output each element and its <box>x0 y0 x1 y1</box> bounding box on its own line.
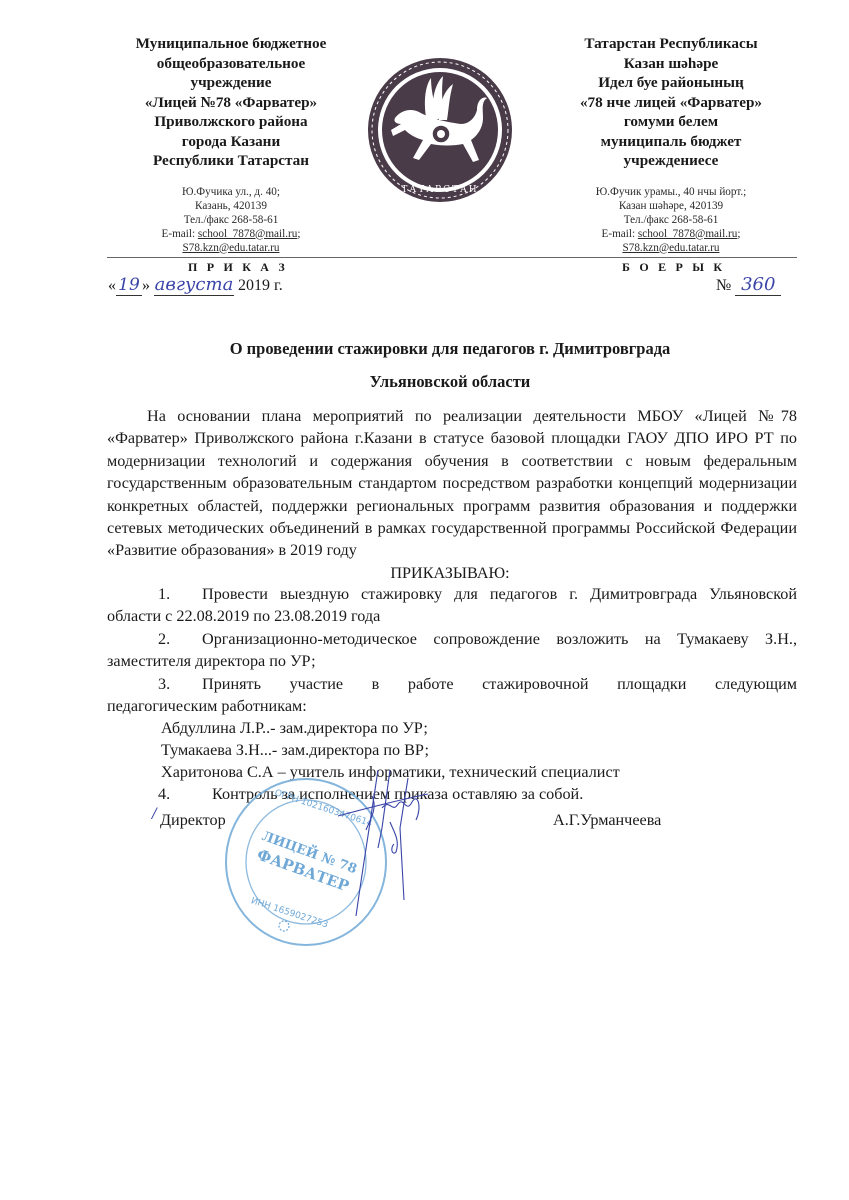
org-name-tatar: Татарстан Республикасы Казан шәһәре Идел… <box>540 34 802 171</box>
phone-line: Тел./факс 268-58-61 <box>540 213 802 227</box>
org-name-line: муниципаль бюджет <box>540 132 802 152</box>
org-name-line: «78 нче лицей «Фарватер» <box>540 93 802 113</box>
email-line: E-mail: school_7878@mail.ru; <box>540 227 802 241</box>
item-3-continued: педагогическим работникам: <box>107 697 307 716</box>
item-number: 4. <box>158 785 170 804</box>
email-prefix: E-mail: <box>602 228 638 240</box>
quote-close: » <box>142 277 150 294</box>
order-number: № 360 <box>716 274 781 296</box>
signatory-name: А.Г.Урманчеева <box>553 811 661 830</box>
item-1-text: Провести выездную стажировку для педагог… <box>202 585 797 604</box>
header-right-tatar: Татарстан Республикасы Казан шәһәре Идел… <box>540 34 802 255</box>
date-year: 2019 г. <box>238 277 283 294</box>
address-line: Казань, 420139 <box>100 199 362 213</box>
item-number: 3. <box>158 675 170 694</box>
order-number-handwritten: 360 <box>735 274 781 296</box>
org-name-line: Приволжского района <box>100 112 362 132</box>
email-link[interactable]: S78.kzn@edu.tatar.ru <box>623 242 720 254</box>
org-name-line: учреждение <box>100 73 362 93</box>
document-title-continued: Ульяновской области <box>100 372 800 392</box>
org-name-russian: Муниципальное бюджетное общеобразователь… <box>100 34 362 171</box>
participant: Абдуллина Л.Р..- зам.директора по УР; <box>161 719 428 738</box>
directive-heading: ПРИКАЗЫВАЮ: <box>100 564 800 583</box>
order-label-russian: П Р И К А З <box>188 260 288 275</box>
email-separator: ; <box>737 228 740 240</box>
org-address-russian: Ю.Фучика ул., д. 40; Казань, 420139 Тел.… <box>100 185 362 255</box>
org-name-line: «Лицей №78 «Фарватер» <box>100 93 362 113</box>
org-name-line: гомуми белем <box>540 112 802 132</box>
email-link[interactable]: S78.kzn@edu.tatar.ru <box>183 242 280 254</box>
org-name-line: города Казани <box>100 132 362 152</box>
order-label-tatar: Б О Е Р Ы К <box>622 260 725 275</box>
participant: Тумакаева З.Н...- зам.директора по ВР; <box>161 741 429 760</box>
email-line: E-mail: school_7878@mail.ru; <box>100 227 362 241</box>
order-date: «19» августа 2019 г. <box>108 274 283 296</box>
date-day-handwritten: 19 <box>116 275 142 296</box>
org-name-line: Казан шәһәре <box>540 54 802 74</box>
initial-mark: / <box>152 806 157 822</box>
director-signature-icon <box>320 768 440 948</box>
org-name-line: учреждениесе <box>540 151 802 171</box>
preamble-paragraph: На основании плана мероприятий по реализ… <box>107 405 797 562</box>
email-link[interactable]: school_7878@mail.ru <box>198 228 297 240</box>
date-month-handwritten: августа <box>154 274 234 296</box>
document-title: О проведении стажировки для педагогов г.… <box>100 339 800 359</box>
org-name-line: Идел буе районының <box>540 73 802 93</box>
email-link[interactable]: school_7878@mail.ru <box>638 228 737 240</box>
header-left-russian: Муниципальное бюджетное общеобразователь… <box>100 34 362 255</box>
address-line: Ю.Фучик урамы., 40 нчы йорт.; <box>540 185 802 199</box>
address-line: Казан шәһәре, 420139 <box>540 199 802 213</box>
item-2-text: Организационно-методическое сопровождени… <box>202 630 797 649</box>
item-1-continued: области с 22.08.2019 по 23.08.2019 года <box>107 607 380 626</box>
tatarstan-emblem-icon: ТАТАРСТАН <box>365 48 515 213</box>
address-line: Ю.Фучика ул., д. 40; <box>100 185 362 199</box>
org-name-line: Муниципальное бюджетное <box>100 34 362 54</box>
org-name-line: общеобразовательное <box>100 54 362 74</box>
email-separator: ; <box>297 228 300 240</box>
svg-text:ТАТАРСТАН: ТАТАРСТАН <box>401 185 478 195</box>
item-number: 2. <box>158 630 170 649</box>
number-sign: № <box>716 277 731 294</box>
org-name-line: Татарстан Республикасы <box>540 34 802 54</box>
org-address-tatar: Ю.Фучик урамы., 40 нчы йорт.; Казан шәһә… <box>540 185 802 255</box>
svg-text:ИНН 1659027253: ИНН 1659027253 <box>250 896 330 930</box>
item-2-continued: заместителя директора по УР; <box>107 652 316 671</box>
item-number: 1. <box>158 585 170 604</box>
header-divider <box>107 257 797 258</box>
item-3-text: Принять участие в работе стажировочной п… <box>202 675 797 694</box>
phone-line: Тел./факс 268-58-61 <box>100 213 362 227</box>
org-name-line: Республики Татарстан <box>100 151 362 171</box>
email-prefix: E-mail: <box>162 228 198 240</box>
quote-open: « <box>108 277 116 294</box>
signatory-position: Директор <box>160 811 226 830</box>
